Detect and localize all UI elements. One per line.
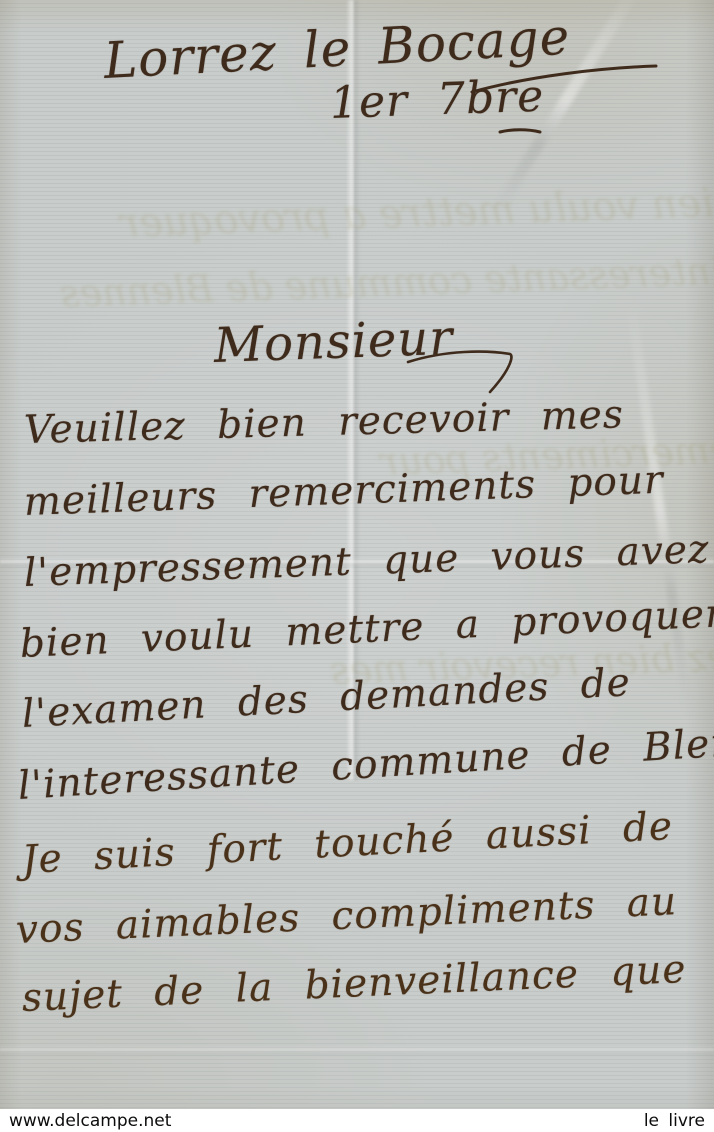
body-line-2: meilleurs remerciments pour [23,458,664,525]
diagonal-crease-right [626,301,694,718]
watermark-label: le livre [644,1111,705,1131]
body-line-9: sujet de la bienveillance que [21,947,687,1021]
watermark-url: www.delcampe.net [9,1111,171,1131]
letter-date-line: 1er 7bre [329,71,545,129]
body-line-7: Je suis fort touché aussi de [21,804,674,883]
underline-date [498,126,542,138]
body-line-3: l'empressement que vous avez [23,527,710,596]
body-line-4: bien voulu mettre a provoquer [19,591,714,667]
showthrough-text: bien voulu mettre a provoquer [119,179,714,247]
salutation: Monsieur [213,310,454,374]
watermark-bar: www.delcampe.net le livre [0,1109,714,1132]
body-line-1: Veuillez bien recevoir mes [23,392,624,453]
showthrough-text: l'interessante commune de Blennes [59,248,714,316]
letter-scan: bien voulu mettre a provoquer l'interess… [0,0,714,1132]
body-line-8: vos aimables compliments au [15,879,678,953]
body-line-5: l'examen des demandes de [21,660,632,737]
horizontal-fold-crease-lower [0,1046,714,1056]
